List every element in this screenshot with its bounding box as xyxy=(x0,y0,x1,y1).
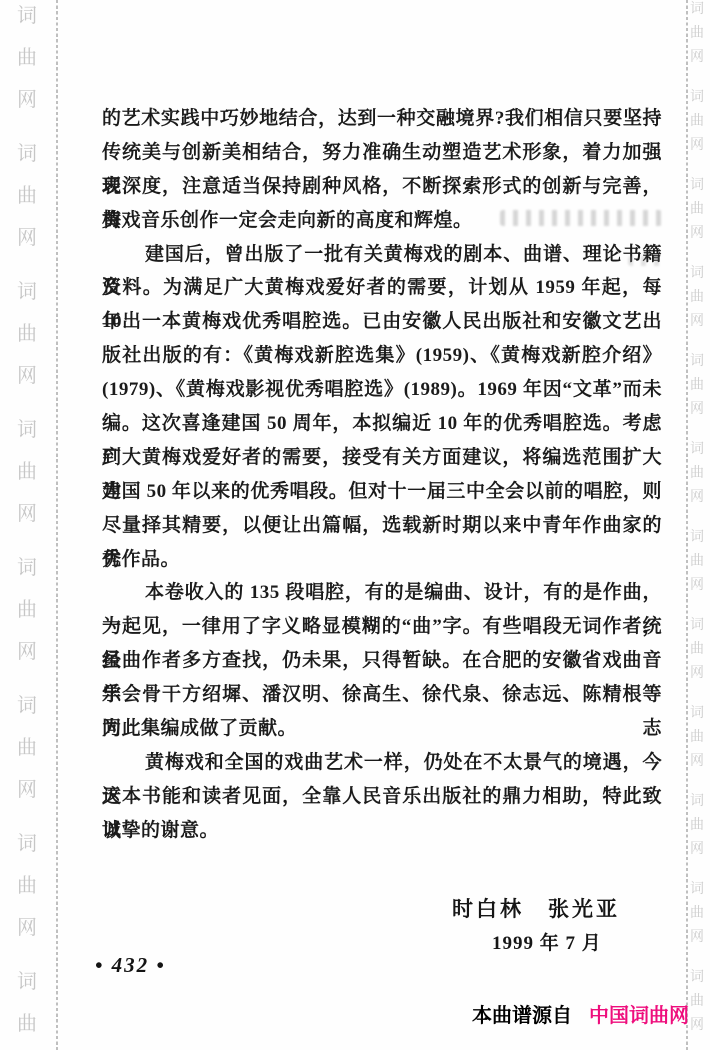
body-line: 建国后，曾出版了一批有关黄梅戏的剧本、曲谱、理论书籍及 xyxy=(102,238,662,272)
signature-date: 1999 年 7 月 xyxy=(492,928,602,955)
scanned-document-page: 词曲网词曲网词曲网词曲网词曲网词曲网词曲网词曲 词曲网词曲网词曲网词曲网词曲网词… xyxy=(0,0,710,1050)
body-line: 建国 50 年以来的优秀唱段。但对十一届三中全会以前的唱腔，则 xyxy=(102,475,662,509)
body-line: 秀作品。 xyxy=(102,543,662,577)
body-line: 广大黄梅戏爱好者的需要，接受有关方面建议，将编选范围扩大为 xyxy=(102,441,662,475)
right-dashed-rule xyxy=(686,0,688,1050)
body-line: 本卷收入的 135 段唱腔，有的是编曲、设计，有的是作曲，为统 xyxy=(102,576,662,610)
footer-source-label: 本曲谱源自 xyxy=(472,999,572,1028)
body-line: 版社出版的有：《黄梅戏新腔选集》(1959)、《黄梅戏新腔介绍》 xyxy=(102,339,662,373)
scan-artifact xyxy=(628,256,662,266)
body-line: 黄梅戏和全国的戏曲艺术一样，仍处在不太景气的境遇，今天 xyxy=(102,746,662,780)
body-line: 经曲作者多方查找，仍未果，只得暂缺。在合肥的安徽省戏曲音乐 xyxy=(102,644,662,678)
body-line: 学会骨干方绍墀、潘汉明、徐高生、徐代泉、徐志远、陈精根等同志 xyxy=(102,678,662,712)
body-line: 传统美与创新美相结合，努力准确生动塑造艺术形象，着力加强表 xyxy=(102,136,662,170)
body-line: 的艺术实践中巧妙地结合，达到一种交融境界?我们相信只要坚持 xyxy=(102,102,662,136)
footer-site-name: 中国词曲网 xyxy=(589,999,689,1028)
footer-credit: 本曲谱源自 中国词曲网 xyxy=(472,999,689,1028)
page-number: • 432 • xyxy=(95,953,166,978)
signature-names: 时白林 张光亚 xyxy=(0,893,620,923)
body-line: 年出一本黄梅戏优秀唱腔选。已由安徽人民出版社和安徽文艺出 xyxy=(102,305,662,339)
body-line: 编。这次喜逢建国 50 周年，本拟编近 10 年的优秀唱腔选。考虑到 xyxy=(102,407,662,441)
body-line: 资料。为满足广大黄梅戏爱好者的需要，计划从 1959 年起，每 10 xyxy=(102,271,662,305)
body-line: 现深度，注意适当保持剧种风格，不断探索形式的创新与完善，黄 xyxy=(102,170,662,204)
body-line: 这本书能和读者见面，全靠人民音乐出版社的鼎力相助，特此致以 xyxy=(102,780,662,814)
body-line: 一起见，一律用了字义略显模糊的“曲”字。有些唱段无词作者，虽 xyxy=(102,610,662,644)
body-line: (1979)、《黄梅戏影视优秀唱腔选》(1989)。1969 年因“文革”而未 xyxy=(102,373,662,407)
scan-artifact xyxy=(500,210,662,226)
watermark-column-right: 词曲网词曲网词曲网词曲网词曲网词曲网词曲网词曲网词曲网词曲网词曲网词曲网 xyxy=(690,0,708,1050)
body-line: 诚挚的谢意。 xyxy=(102,814,662,848)
body-line: 尽量择其精要，以便让出篇幅，选载新时期以来中青年作曲家的优 xyxy=(102,509,662,543)
